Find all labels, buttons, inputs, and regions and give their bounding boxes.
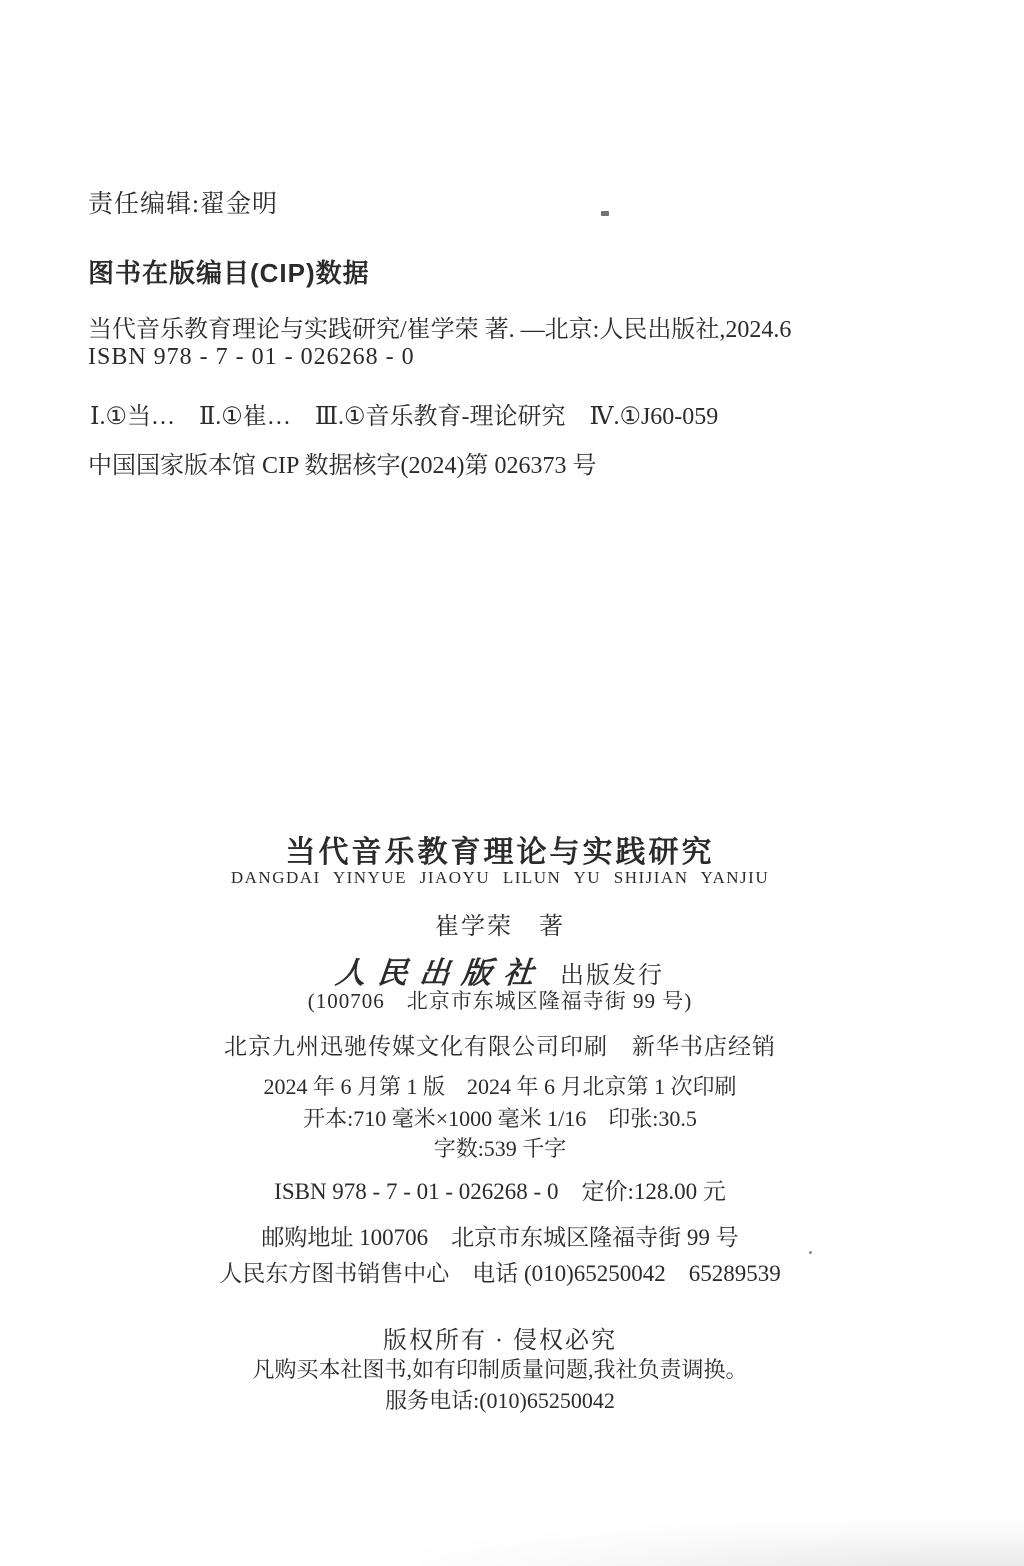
service-phone-line: 服务电话:(010)65250042 (0, 1384, 1000, 1415)
printer-line: 北京九州迅驰传媒文化有限公司印刷 新华书店经销 (0, 1028, 1000, 1061)
book-title-pinyin: DANGDAI YINYUE JIAOYU LILUN YU SHIJIAN Y… (0, 868, 1000, 888)
scan-shadow-artifact (420, 1520, 1024, 1566)
copyright-page: 责任编辑:翟金明 图书在版编目(CIP)数据 当代音乐教育理论与实践研究/崔学荣… (0, 0, 1024, 1566)
cip-heading: 图书在版编目(CIP)数据 (88, 253, 370, 290)
publisher-address-line: (100706 北京市东城区隆福寺街 99 号) (0, 985, 1000, 1015)
cip-record-number-line: 中国国家版本馆 CIP 数据核字(2024)第 026373 号 (88, 445, 596, 480)
isbn-price-line: ISBN 978 - 7 - 01 - 026268 - 0 定价:128.00… (0, 1173, 1000, 1206)
copyright-notice: 版权所有 · 侵权必究 (0, 1320, 1000, 1355)
book-title: 当代音乐教育理论与实践研究 (0, 827, 1000, 871)
mail-address-line: 邮购地址 100706 北京市东城区隆福寺街 99 号 (0, 1219, 1000, 1252)
scan-dot-artifact (809, 1251, 812, 1254)
cip-entry-line: 当代音乐教育理论与实践研究/崔学荣 著. —北京:人民出版社,2024.6 (88, 309, 791, 344)
quality-notice: 凡购买本社图书,如有印制质量问题,我社负责调换。 (0, 1353, 1000, 1384)
scan-speck-artifact (601, 211, 609, 216)
edition-line: 2024 年 6 月第 1 版 2024 年 6 月北京第 1 次印刷 (0, 1070, 1000, 1101)
format-line: 开本:710 毫米×1000 毫米 1/16 印张:30.5 (0, 1102, 1000, 1133)
word-count-line: 字数:539 千字 (0, 1132, 1000, 1163)
cip-classification-line: Ⅰ.①当… Ⅱ.①崔… Ⅲ.①音乐教育-理论研究 Ⅳ.①J60-059 (90, 396, 718, 431)
author-line: 崔学荣 著 (0, 906, 1000, 941)
sales-center-line: 人民东方图书销售中心 电话 (010)65250042 65289539 (0, 1255, 1000, 1288)
responsible-editor-line: 责任编辑:翟金明 (88, 184, 278, 220)
cip-isbn-line: ISBN 978 - 7 - 01 - 026268 - 0 (88, 344, 415, 371)
